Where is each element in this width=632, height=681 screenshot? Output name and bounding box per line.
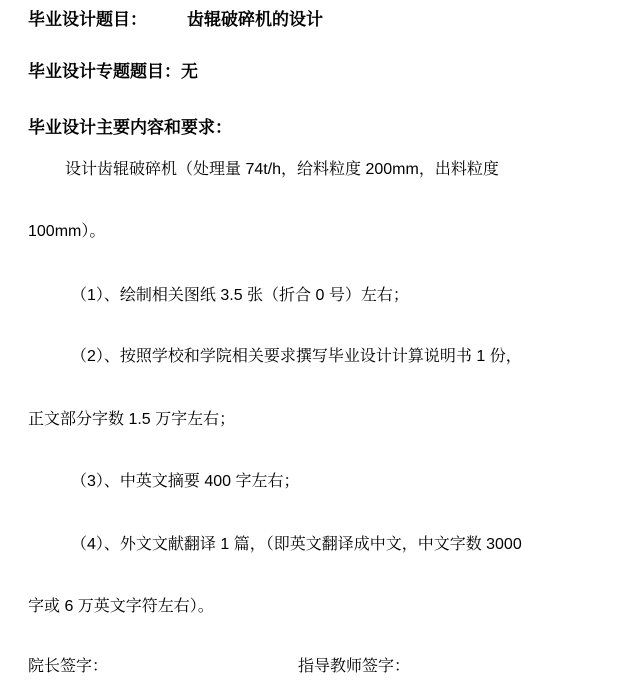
item-1-line-1: （1）、绘制相关图纸 3.5 张（折合 0 号）左右； (71, 286, 409, 306)
intro-line-2: 100mm）。 (28, 222, 105, 242)
title-label: 毕业设计题目： (28, 10, 147, 30)
content-label: 毕业设计主要内容和要求： (28, 118, 232, 138)
item-4-line-2: 字或 6 万英文字符左右）。 (28, 597, 214, 617)
topic-label: 毕业设计专题题目：无 (28, 62, 198, 82)
item-2-line-2: 正文部分字数 1.5 万字左右； (28, 410, 235, 430)
dean-signature-label: 院长签字： (28, 657, 108, 677)
item-4-line-1: （4）、外文文献翻译 1 篇，（即英文翻译成中文，中文字数 3000 (71, 535, 522, 555)
item-2-line-1: （2）、按照学校和学院相关要求撰写毕业设计计算说明书 1 份， (71, 347, 522, 367)
intro-line-1: 设计齿辊破碎机（处理量 74t/h，给料粒度 200mm，出料粒度 (65, 160, 499, 180)
title-value: 齿辊破碎机的设计 (187, 10, 323, 30)
advisor-signature-label: 指导教师签字： (298, 657, 410, 677)
item-3-line-1: （3）、中英文摘要 400 字左右； (71, 472, 300, 492)
title-row: 毕业设计题目： 齿辊破碎机的设计 (28, 10, 147, 30)
